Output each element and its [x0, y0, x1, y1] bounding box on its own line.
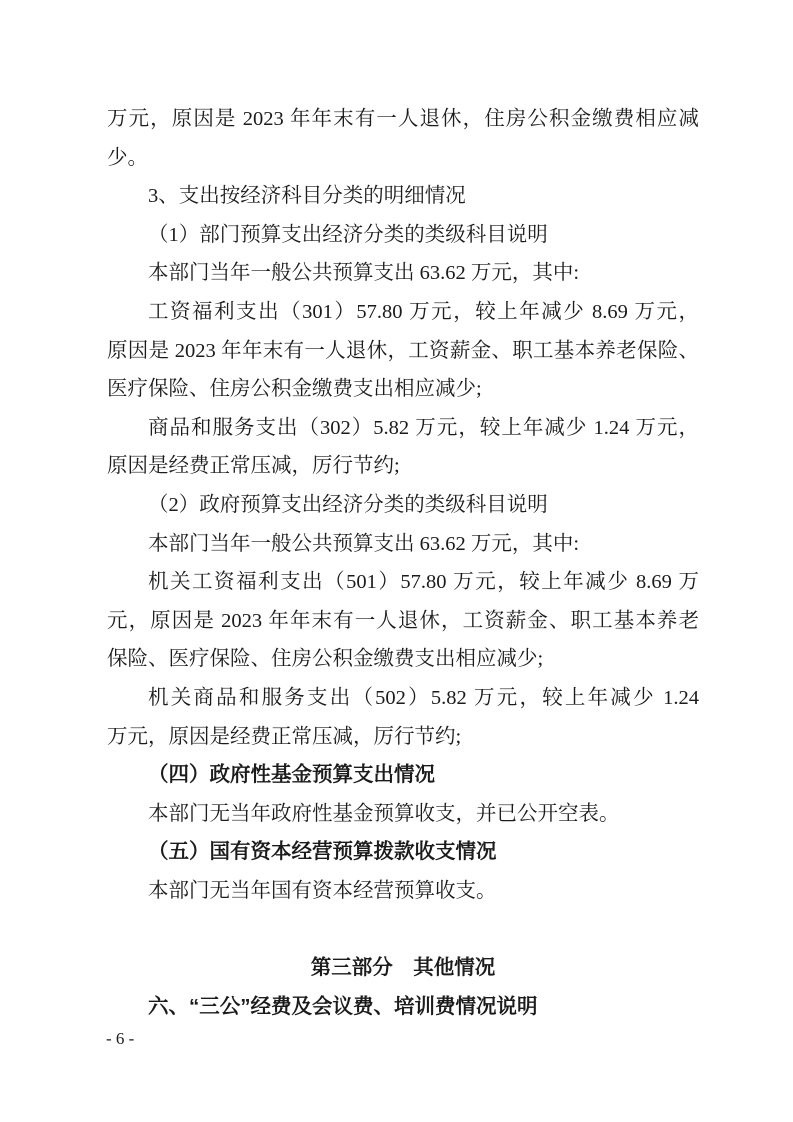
body-line: 医疗保险、住房公积金缴费支出相应减少; — [107, 370, 699, 409]
body-line: 机关工资福利支出（501）57.80 万元，较上年减少 8.69 万 — [107, 563, 699, 602]
body-line: 万元，原因是经费正常压减，厉行节约; — [107, 718, 699, 757]
body-line: 本部门无当年国有资本经营预算收支。 — [107, 872, 699, 911]
body-line: 原因是经费正常压减，厉行节约; — [107, 447, 699, 486]
subheading-gov-budget-class: （2）政府预算支出经济分类的类级科目说明 — [107, 486, 699, 525]
body-line: 少。 — [107, 139, 699, 178]
heading-state-capital-budget: （五）国有资本经营预算拨款收支情况 — [107, 833, 699, 872]
document-text-block: 万元，原因是 2023 年年末有一人退休，住房公积金缴费相应减 少。 3、支出按… — [107, 100, 699, 1026]
body-line: 本部门当年一般公共预算支出 63.62 万元，其中: — [107, 254, 699, 293]
body-line: 工资福利支出（301）57.80 万元，较上年减少 8.69 万元， — [107, 293, 699, 332]
subheading-dept-budget-class: （1）部门预算支出经济分类的类级科目说明 — [107, 216, 699, 255]
body-line: 原因是 2023 年年末有一人退休，工资薪金、职工基本养老保险、 — [107, 332, 699, 371]
document-page: 万元，原因是 2023 年年末有一人退休，住房公积金缴费相应减 少。 3、支出按… — [0, 0, 793, 1122]
heading-gov-fund-budget: （四）政府性基金预算支出情况 — [107, 756, 699, 795]
body-line: 万元，原因是 2023 年年末有一人退休，住房公积金缴费相应减 — [107, 100, 699, 139]
body-line: 保险、医疗保险、住房公积金缴费支出相应减少; — [107, 640, 699, 679]
body-line: 本部门当年一般公共预算支出 63.62 万元，其中: — [107, 525, 699, 564]
body-line: 机关商品和服务支出（502）5.82 万元，较上年减少 1.24 — [107, 679, 699, 718]
body-line: 元，原因是 2023 年年末有一人退休，工资薪金、职工基本养老 — [107, 602, 699, 641]
heading-part-three: 第三部分 其他情况 — [107, 949, 699, 988]
body-line: 本部门无当年政府性基金预算收支，并已公开空表。 — [107, 795, 699, 834]
heading-three-public-expenses: 六、“三公”经费及会议费、培训费情况说明 — [107, 988, 699, 1027]
body-line: 商品和服务支出（302）5.82 万元，较上年减少 1.24 万元， — [107, 409, 699, 448]
subheading-expense-by-economic-class: 3、支出按经济科目分类的明细情况 — [107, 177, 699, 216]
blank-line — [107, 910, 699, 949]
page-number: - 6 - — [106, 1027, 134, 1051]
